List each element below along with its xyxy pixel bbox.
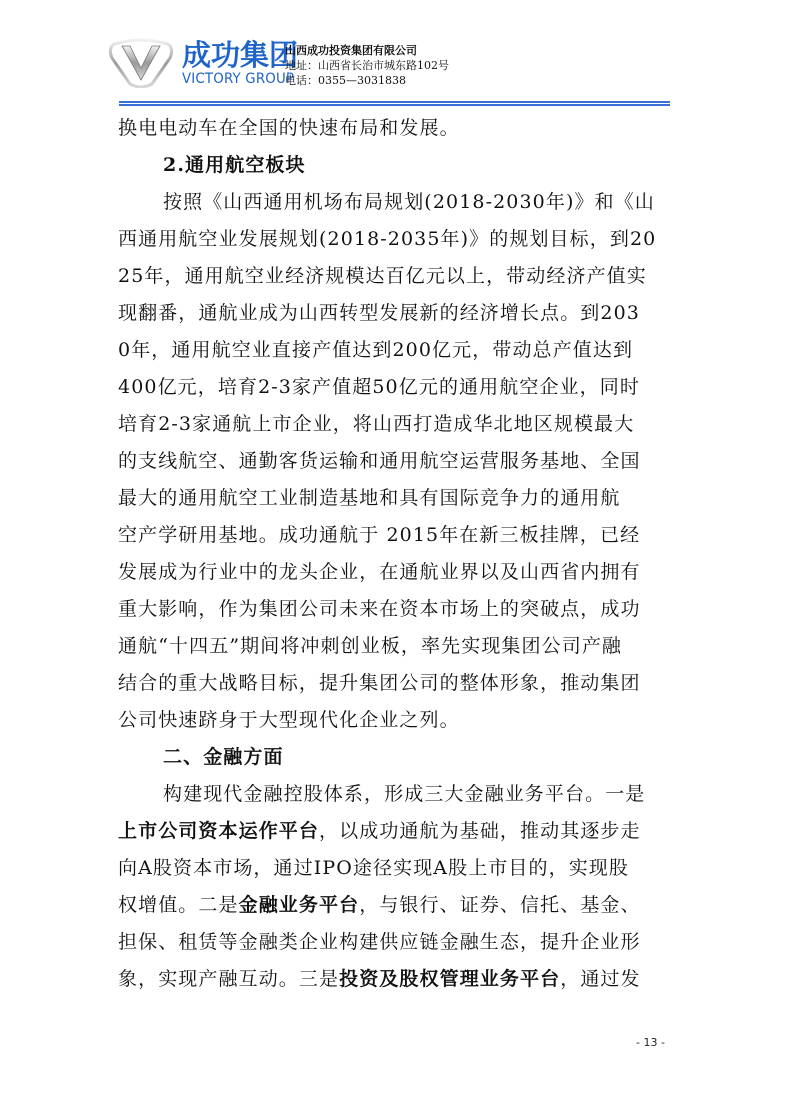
logo-english-name: VICTORY GROUP <box>182 71 294 87</box>
header-rule-top <box>119 101 670 103</box>
text-line: 象，实现产融互动。三是投资及股权管理业务平台，通过发 <box>118 961 641 998</box>
bold-phrase: 上市公司资本运作平台 <box>118 820 319 842</box>
text-span: ，以成功通航为基础，推动其逐步走 <box>319 820 641 842</box>
page-number: - 13 - <box>636 1036 665 1049</box>
text-line: 0年，通用航空业直接产值达到200亿元，带动总产值达到 <box>118 332 633 369</box>
text-line: 结合的重大战略目标，提升集团公司的整体形象，推动集团 <box>118 665 641 702</box>
company-info: 山西成功投资集团有限公司 地址：山西省长治市城东路102号 电话：0355—30… <box>285 43 449 88</box>
letterhead: 成功集团 VICTORY GROUP 山西成功投资集团有限公司 地址：山西省长治… <box>0 0 790 110</box>
text-line: 构建现代金融控股体系，形成三大金融业务平台。一是 <box>163 776 645 813</box>
text-line: 现翻番，通航业成为山西转型发展新的经济增长点。到203 <box>118 295 640 332</box>
text-line: 按照《山西通用机场布局规划(2018-2030年)》和《山 <box>163 184 655 221</box>
text-line: 权增值。二是金融业务平台，与银行、证券、信托、基金、 <box>118 887 641 924</box>
company-phone: 电话：0355—3031838 <box>285 73 449 88</box>
text-line: 400亿元，培育2-3家产值超50亿元的通用航空企业，同时 <box>118 369 640 406</box>
section-heading: 2.通用航空板块 <box>163 147 306 184</box>
text-line: 通航“十四五”期间将冲刺创业板，率先实现集团公司产融 <box>118 628 622 665</box>
text-line: 上市公司资本运作平台，以成功通航为基础，推动其逐步走 <box>118 813 641 850</box>
header-rule-bottom <box>119 104 670 106</box>
bold-phrase: 投资及股权管理业务平台 <box>339 968 560 990</box>
text-line: 25年，通用航空业经济规模达百亿元以上，带动经济产值实 <box>118 258 647 295</box>
logo-chinese-name: 成功集团 <box>182 40 298 70</box>
text-line: 的支线航空、通勤客货运输和通用航空运营服务基地、全国 <box>118 443 641 480</box>
text-span: 象，实现产融互动。三是 <box>118 968 339 990</box>
section-heading: 二、金融方面 <box>163 739 284 776</box>
text-line: 最大的通用航空工业制造基地和具有国际竞争力的通用航 <box>118 480 621 517</box>
company-address: 地址：山西省长治市城东路102号 <box>285 58 449 73</box>
text-span: ，与银行、证券、信托、基金、 <box>359 894 640 916</box>
text-line: 西通用航空业发展规划(2018-2035年)》的规划目标，到20 <box>118 221 656 258</box>
text-line: 担保、租赁等金融类企业构建供应链金融生态，提升企业形 <box>118 924 641 961</box>
company-name: 山西成功投资集团有限公司 <box>285 43 449 58</box>
text-line: 发展成为行业中的龙头企业，在通航业界以及山西省内拥有 <box>118 554 641 591</box>
text-line: 培育2-3家通航上市企业，将山西打造成华北地区规模最大 <box>118 406 634 443</box>
text-line: 换电电动车在全国的快速布局和发展。 <box>118 110 460 147</box>
text-line: 空产学研用基地。成功通航于 2015年在新三板挂牌，已经 <box>118 517 640 554</box>
text-span: 权增值。二是 <box>118 894 239 916</box>
text-line: 向A股资本市场，通过IPO途径实现A股上市目的，实现股 <box>118 850 629 887</box>
text-line: 重大影响，作为集团公司未来在资本市场上的突破点，成功 <box>118 591 641 628</box>
text-line: 公司快速跻身于大型现代化企业之列。 <box>118 702 460 739</box>
bold-phrase: 金融业务平台 <box>239 894 360 916</box>
text-span: ，通过发 <box>560 968 640 990</box>
v-emblem-icon <box>108 38 174 88</box>
